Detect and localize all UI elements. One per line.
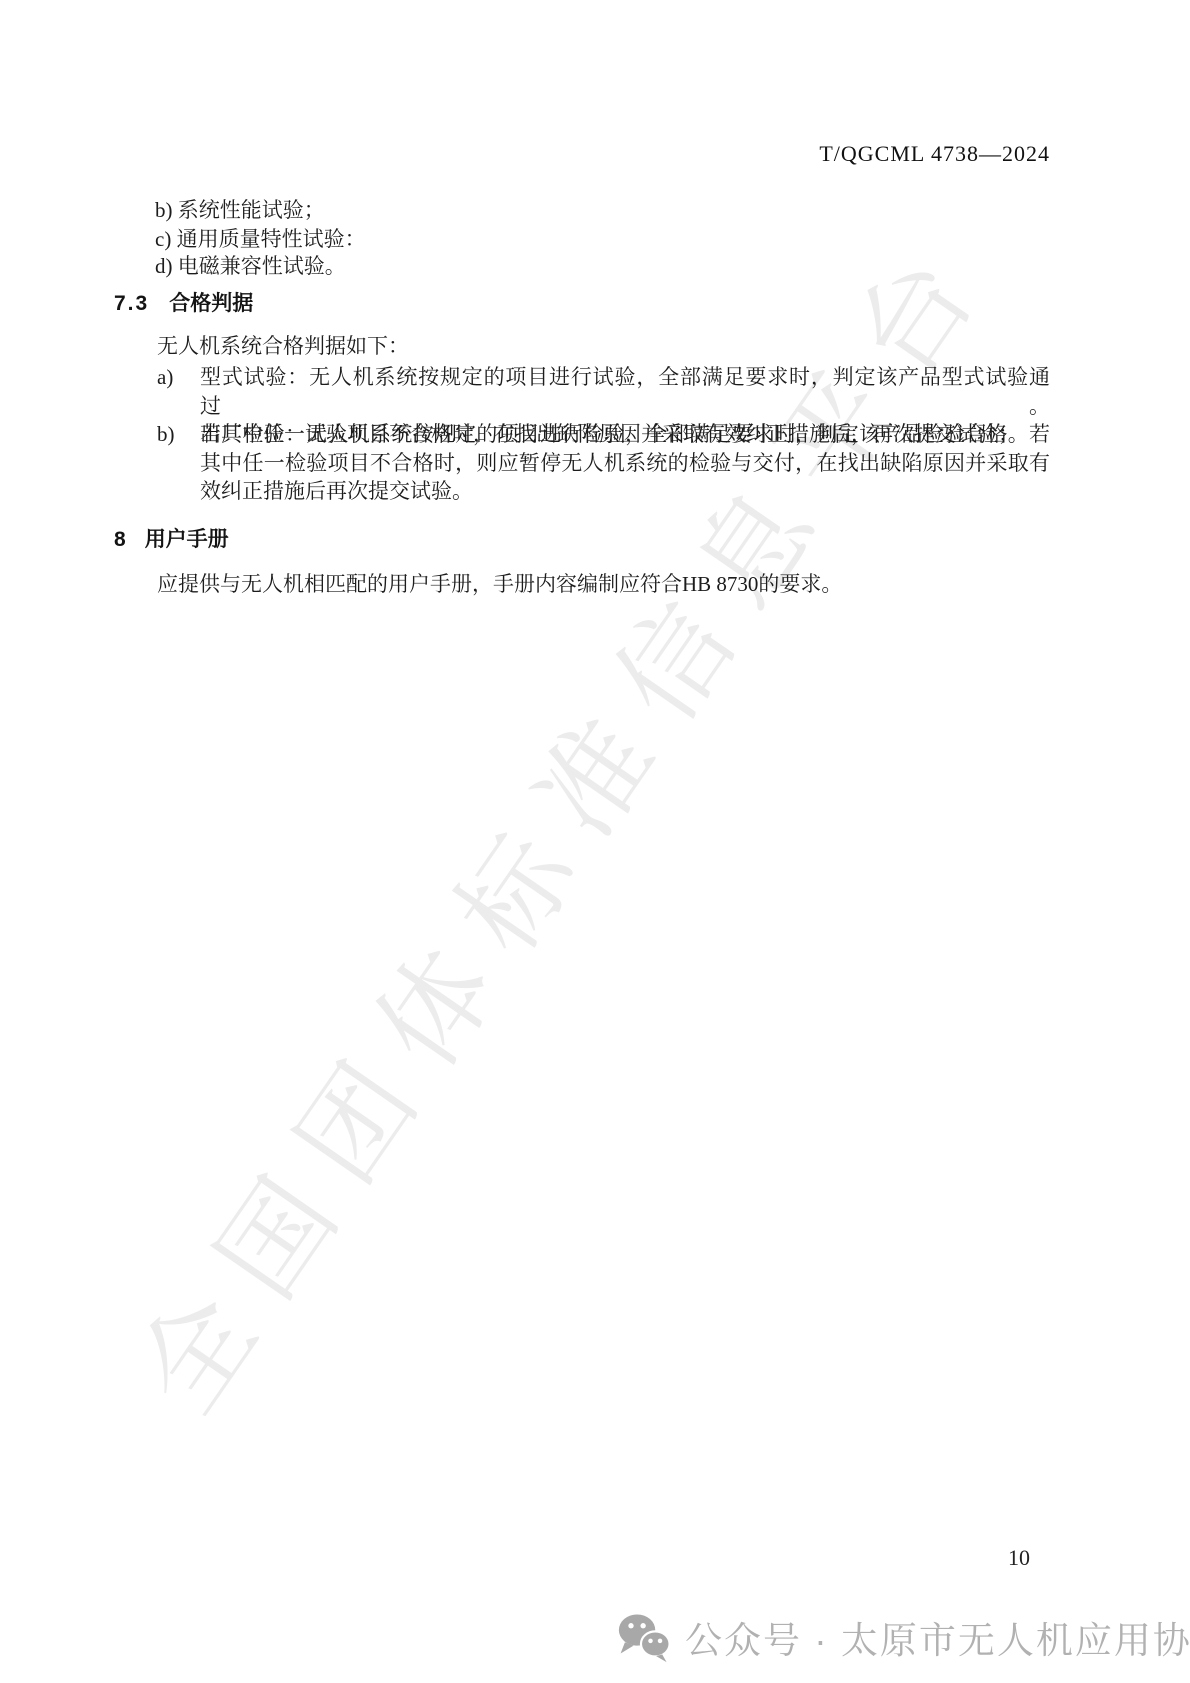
section-title: 用户手册 <box>145 528 229 551</box>
document-code: T/QGCML 4738—2024 <box>819 141 1050 167</box>
list-item-b: b) 系统性能试验； <box>155 196 325 224</box>
intro-paragraph: 无人机系统合格判据如下： <box>157 332 409 360</box>
item-a-line-1: 型式试验：无人机系统按规定的项目进行试验，全部满足要求时，判定该产品型式试验通过… <box>200 363 1050 420</box>
item-b-body: 出厂检验：无人机系统按规定的项目进行检验，全部满足要求时，判定该产品检验合格。若… <box>200 420 1050 506</box>
wechat-icon <box>616 1611 672 1663</box>
item-b-line-3: 效纠正措施后再次提交试验。 <box>200 477 1050 506</box>
item-b-line-2: 其中任一检验项目不合格时，则应暂停无人机系统的检验与交付，在找出缺陷原因并采取有 <box>200 449 1050 478</box>
footer-account-text: 公众号 · 太原市无人机应用协会 <box>685 1610 1190 1664</box>
list-item-d: d) 电磁兼容性试验。 <box>155 252 346 280</box>
section-number: 7.3 <box>114 290 149 318</box>
item-a-marker: a) <box>157 363 173 392</box>
section-heading-7-3: 7.3合格判据 <box>114 290 253 318</box>
section-title: 合格判据 <box>169 292 253 315</box>
item-b-line-1: 出厂检验：无人机系统按规定的项目进行检验，全部满足要求时，判定该产品检验合格。若 <box>200 420 1050 449</box>
section-heading-8: 8用户手册 <box>114 526 229 554</box>
section-8-paragraph: 应提供与无人机相匹配的用户手册，手册内容编制应符合HB 8730的要求。 <box>157 570 842 598</box>
list-item-c: c) 通用质量特性试验： <box>155 225 366 253</box>
footer: 公众号 · 太原市无人机应用协会 <box>616 1608 1190 1666</box>
item-b-marker: b) <box>157 420 175 449</box>
page-number: 10 <box>1008 1545 1030 1571</box>
section-number: 8 <box>114 526 128 554</box>
document-page: { "header": { "code": "T/QGCML 4738—2024… <box>0 0 1190 1683</box>
